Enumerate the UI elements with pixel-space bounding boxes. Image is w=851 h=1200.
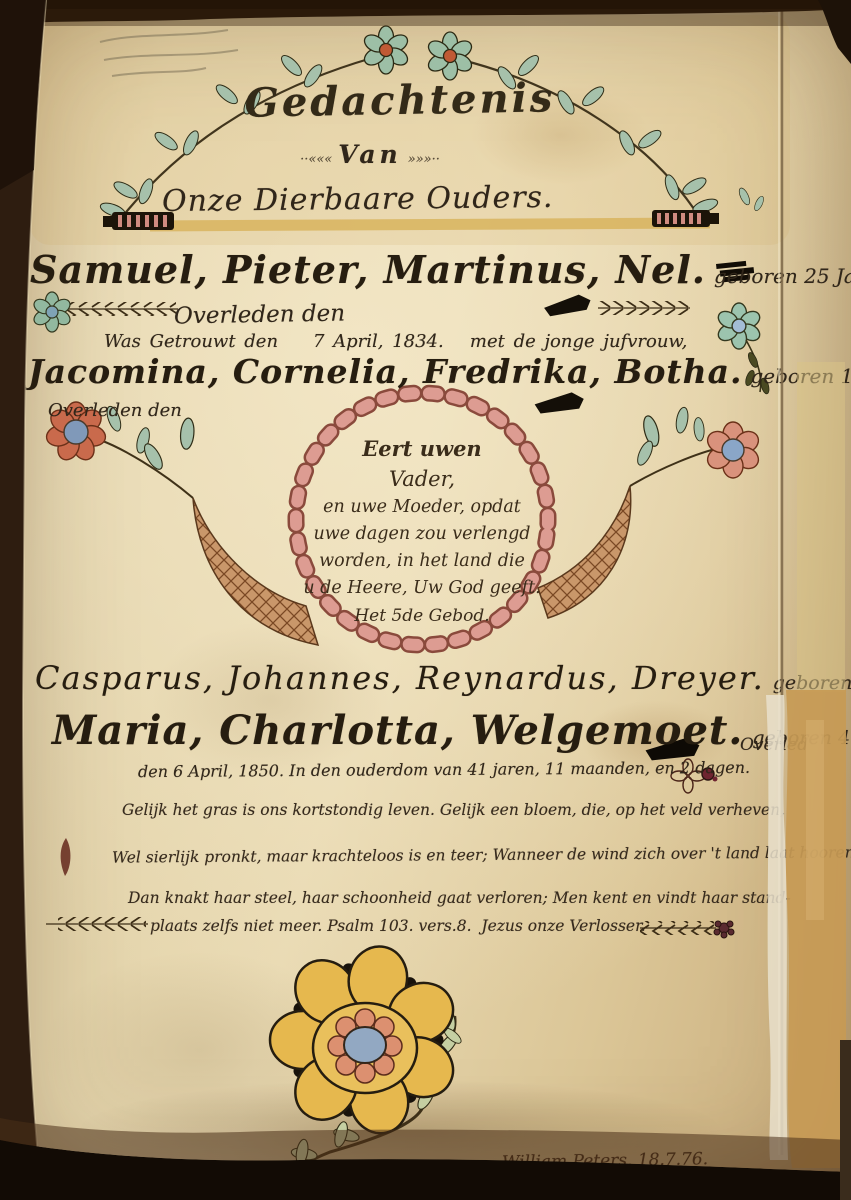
repair-tape-strip <box>766 362 846 1168</box>
book-cover-edge <box>0 0 851 1200</box>
document-page: Gedachtenis ··««« Van »»»·· Onze Dierbaa… <box>0 0 851 1200</box>
page-edge-overlays <box>0 0 851 1200</box>
